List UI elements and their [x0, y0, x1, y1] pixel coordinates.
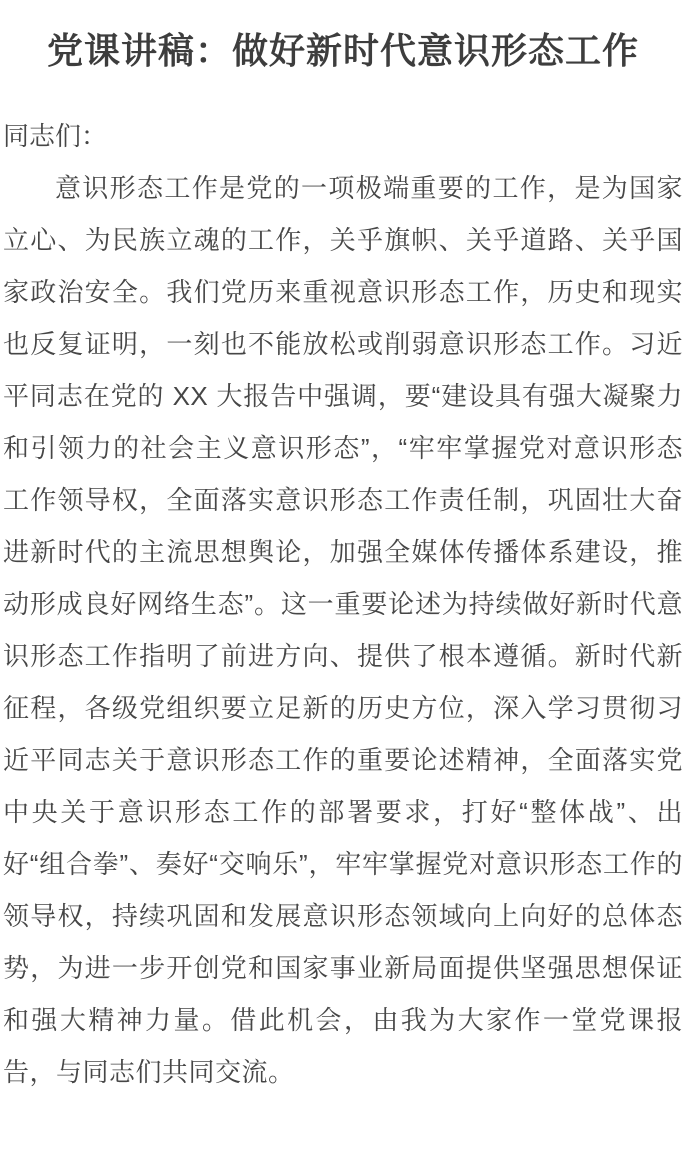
salutation-line: 同志们：: [3, 110, 683, 162]
document-page: 党课讲稿：做好新时代意识形态工作 同志们： 意识形态工作是党的一项极端重要的工作…: [0, 0, 693, 1158]
document-title: 党课讲稿：做好新时代意识形态工作: [3, 26, 683, 76]
body-paragraph: 意识形态工作是党的一项极端重要的工作，是为国家立心、为民族立魂的工作，关乎旗帜、…: [3, 162, 683, 1098]
